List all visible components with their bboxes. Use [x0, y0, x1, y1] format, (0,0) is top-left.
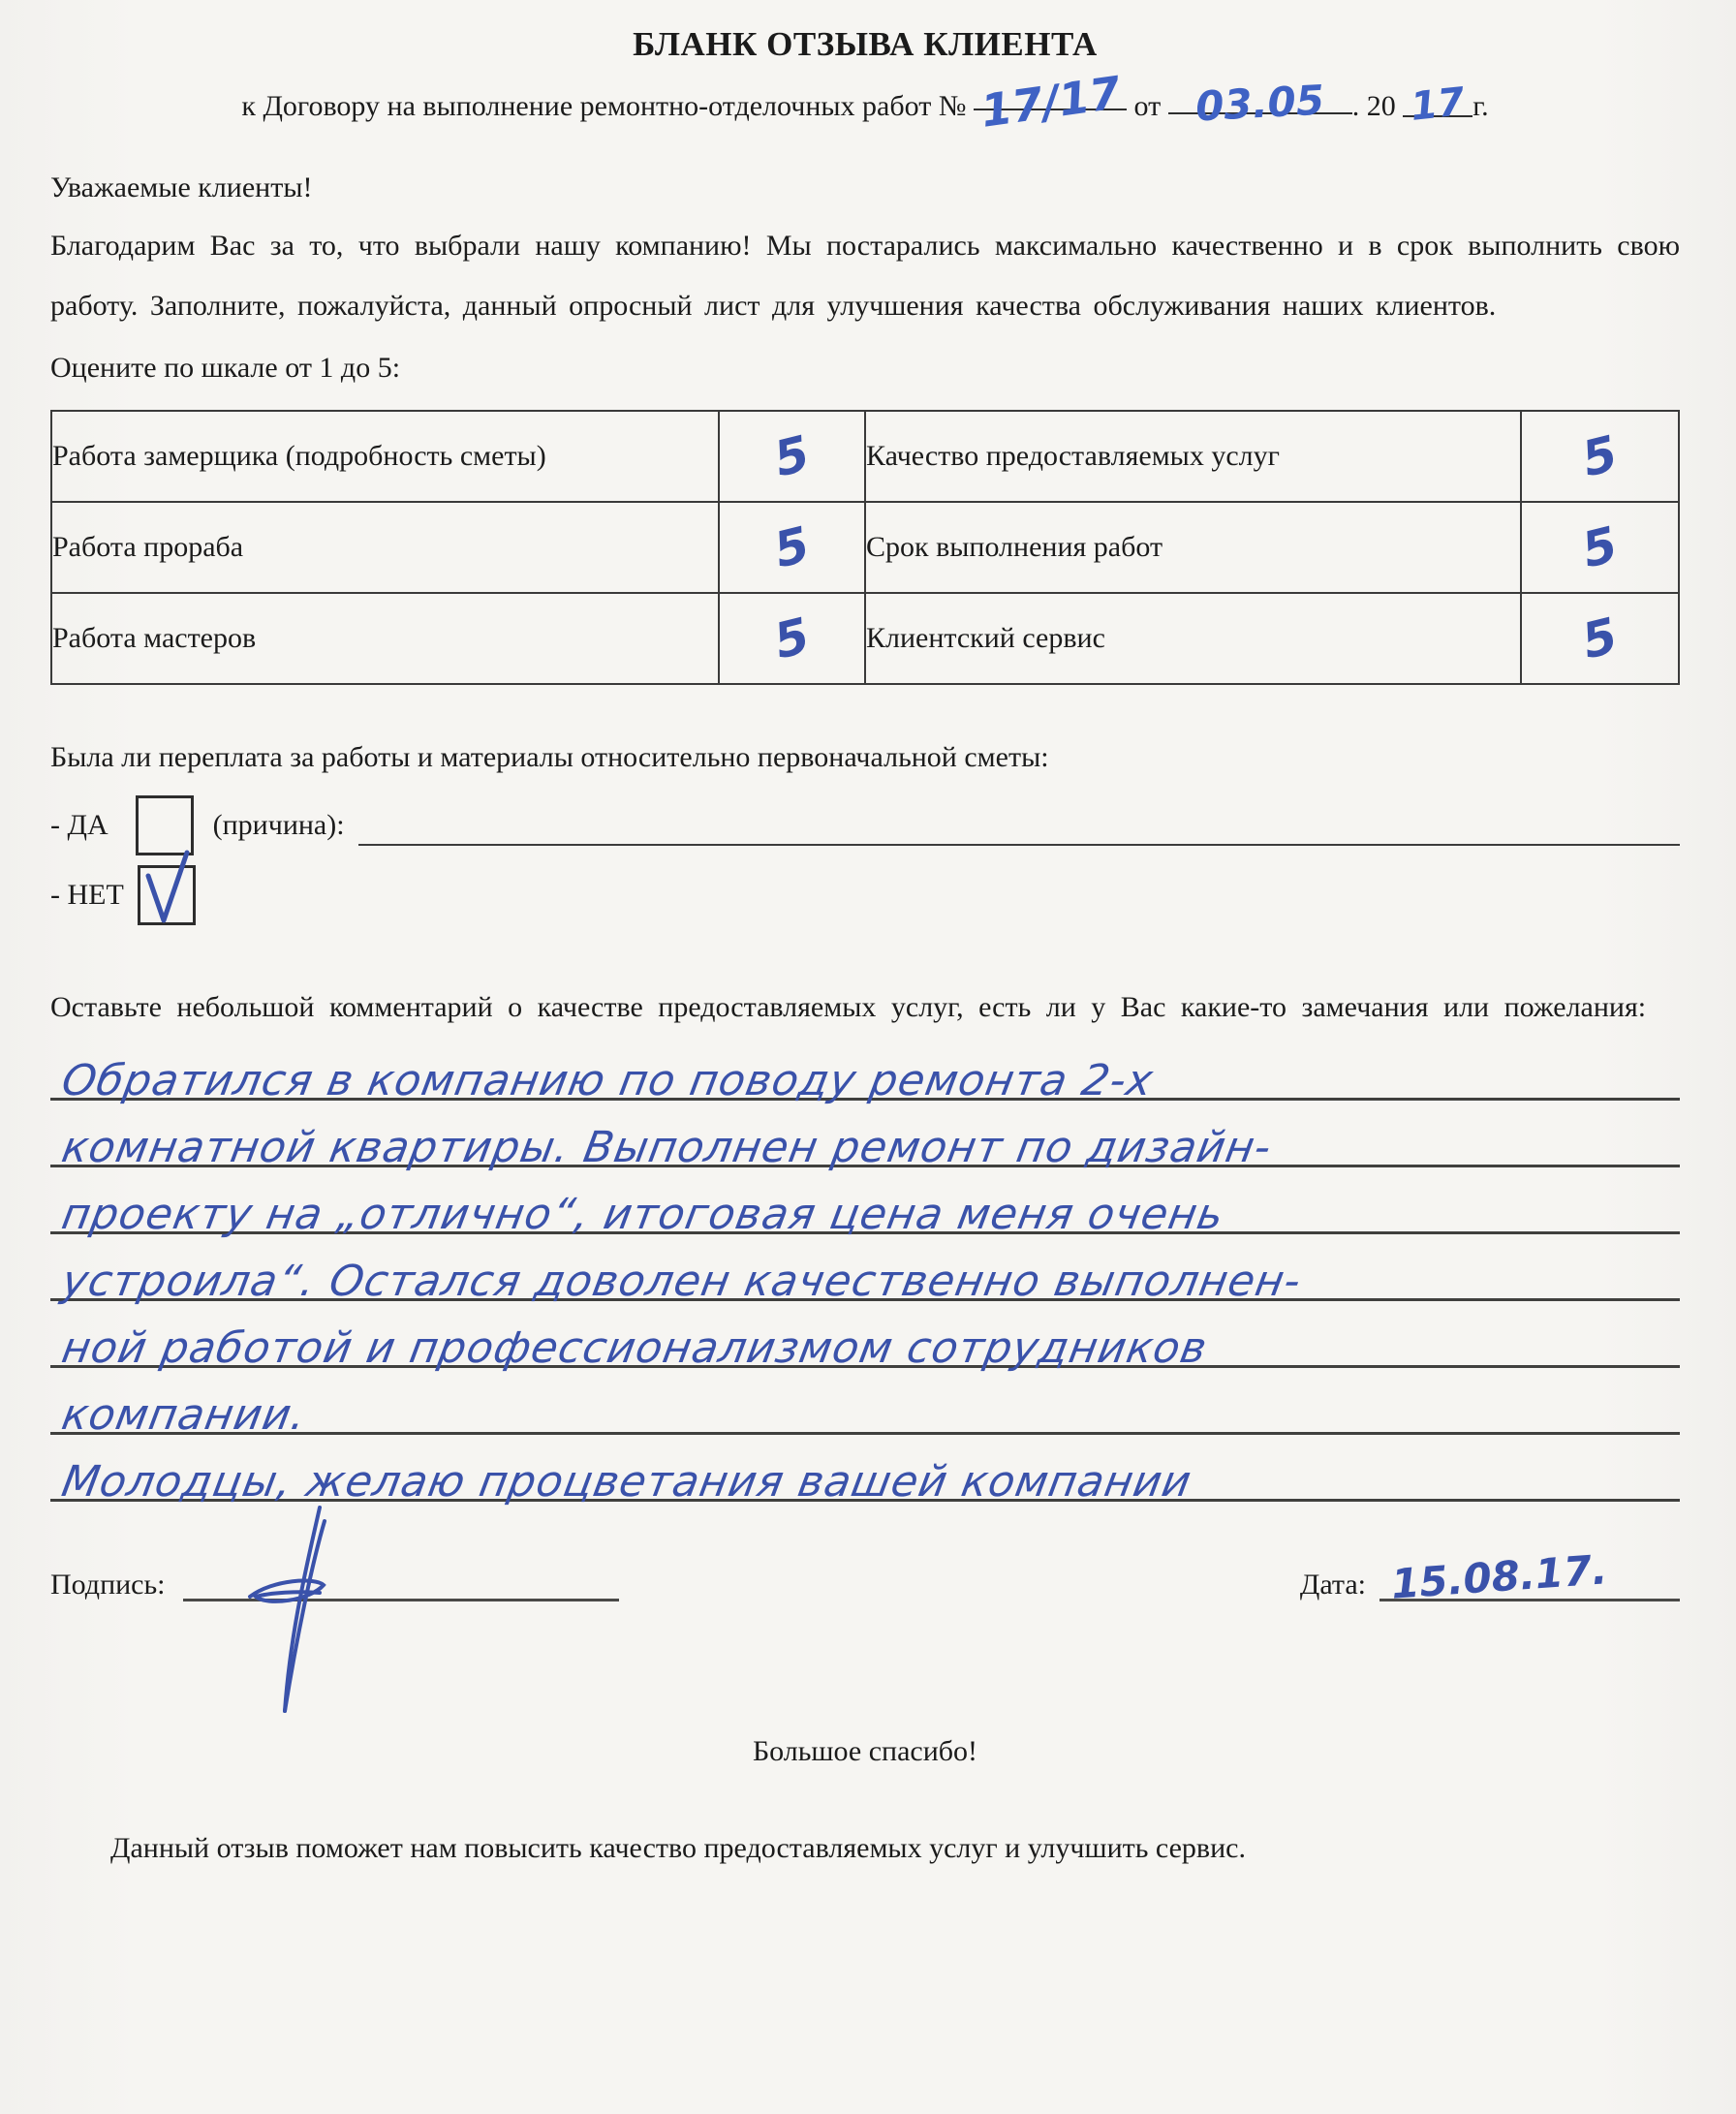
- comment-line: Молодцы, желаю процветания вашей компани…: [50, 1435, 1680, 1502]
- intro-paragraph: Благодарим Вас за то, что выбрали нашу к…: [50, 216, 1680, 336]
- greeting-text: Уважаемые клиенты!: [50, 171, 1680, 204]
- rating-criterion: Качество предоставляемых услуг: [865, 411, 1521, 502]
- rating-score-handwritten: 5: [768, 607, 815, 670]
- overpayment-question: Была ли переплата за работы и материалы …: [50, 741, 1680, 774]
- rating-score-handwritten: 5: [1577, 607, 1624, 670]
- contract-date-blank: 03.05: [1168, 78, 1352, 114]
- date-line: 15.08.17.: [1379, 1564, 1680, 1601]
- overpayment-no-row: - НЕТ: [50, 865, 1680, 925]
- contract-line-year-prefix: . 20: [1352, 90, 1396, 122]
- rating-criterion: Клиентский сервис: [865, 593, 1521, 684]
- comment-line: устроила“. Остался доволен качественно в…: [50, 1234, 1680, 1301]
- ratings-table: Работа замерщика (подробность сметы) 5 К…: [50, 410, 1680, 685]
- signature-label: Подпись:: [50, 1569, 166, 1601]
- comment-handwritten: устроила“. Остался доволен качественно в…: [58, 1257, 1305, 1306]
- comment-line: Обратился в компанию по поводу ремонта 2…: [50, 1043, 1680, 1101]
- thanks-text: Большое спасибо!: [50, 1735, 1680, 1768]
- comment-handwritten: Молодцы, желаю процветания вашей компани…: [58, 1457, 1195, 1507]
- rating-score-handwritten: 5: [768, 516, 815, 579]
- comment-handwritten: проекту на „отлично“, итоговая цена меня…: [58, 1190, 1228, 1239]
- rating-criterion: Срок выполнения работ: [865, 502, 1521, 593]
- date-handwritten: 15.08.17.: [1390, 1545, 1609, 1607]
- contract-year-handwritten: 17: [1409, 79, 1467, 130]
- table-row: Работа мастеров 5 Клиентский сервис 5: [51, 593, 1679, 684]
- signature-scribble: [227, 1504, 391, 1717]
- comment-handwritten: Обратился в компанию по поводу ремонта 2…: [58, 1056, 1157, 1105]
- yes-label: - ДА: [50, 809, 108, 842]
- rating-score-handwritten: 5: [768, 425, 815, 488]
- form-title: БЛАНК ОТЗЫВА КЛИЕНТА: [50, 25, 1680, 64]
- reason-blank-line: [358, 805, 1680, 846]
- rating-criterion: Работа мастеров: [51, 593, 719, 684]
- contract-line: к Договору на выполнение ремонтно-отдело…: [50, 74, 1680, 123]
- scanned-feedback-form: БЛАНК ОТЗЫВА КЛИЕНТА к Договору на выпол…: [0, 0, 1736, 2114]
- rating-score-cell: 5: [1521, 411, 1679, 502]
- contract-number-handwritten: 17/17: [977, 66, 1124, 138]
- yes-checkbox: [136, 795, 194, 855]
- rating-score-cell: 5: [719, 411, 865, 502]
- comment-handwritten: компании.: [58, 1390, 310, 1440]
- rating-score-cell: 5: [1521, 593, 1679, 684]
- signature-line: [183, 1564, 619, 1601]
- rating-score-cell: 5: [1521, 502, 1679, 593]
- checkmark-icon: [144, 851, 195, 926]
- contract-line-ot: от: [1133, 90, 1161, 122]
- contract-line-prefix: к Договору на выполнение ремонтно-отдело…: [241, 90, 966, 122]
- rating-criterion: Работа прораба: [51, 502, 719, 593]
- contract-year-blank: 17: [1403, 80, 1472, 117]
- comment-line: ной работой и профессионализмом сотрудни…: [50, 1301, 1680, 1368]
- date-label: Дата:: [1300, 1569, 1366, 1601]
- scale-prompt: Оцените по шкале от 1 до 5:: [50, 352, 1680, 385]
- table-row: Работа прораба 5 Срок выполнения работ 5: [51, 502, 1679, 593]
- contract-line-suffix: г.: [1472, 90, 1488, 122]
- rating-score-cell: 5: [719, 593, 865, 684]
- comment-handwritten: комнатной квартиры. Выполнен ремонт по д…: [58, 1123, 1276, 1172]
- no-checkbox: [138, 865, 196, 925]
- contract-number-blank: 17/17: [974, 74, 1127, 110]
- comments-area: Обратился в компанию по поводу ремонта 2…: [50, 1043, 1680, 1502]
- comment-line: комнатной квартиры. Выполнен ремонт по д…: [50, 1101, 1680, 1167]
- rating-score-cell: 5: [719, 502, 865, 593]
- rating-score-handwritten: 5: [1577, 425, 1624, 488]
- comment-handwritten: ной работой и профессионализмом сотрудни…: [58, 1323, 1211, 1373]
- contract-date-handwritten: 03.05: [1194, 77, 1325, 131]
- signature-date-row: Подпись: Дата: 15.08.17.: [50, 1564, 1680, 1601]
- closing-text: Данный отзыв поможет нам повысить качест…: [50, 1832, 1680, 1865]
- rating-criterion: Работа замерщика (подробность сметы): [51, 411, 719, 502]
- no-label: - НЕТ: [50, 879, 124, 912]
- reason-label: (причина):: [213, 809, 345, 842]
- comments-prompt: Оставьте небольшой комментарий о качеств…: [50, 974, 1680, 1041]
- comment-line: компании.: [50, 1368, 1680, 1435]
- comment-line: проекту на „отлично“, итоговая цена меня…: [50, 1167, 1680, 1234]
- rating-score-handwritten: 5: [1577, 516, 1624, 579]
- table-row: Работа замерщика (подробность сметы) 5 К…: [51, 411, 1679, 502]
- overpayment-yes-row: - ДА (причина):: [50, 795, 1680, 855]
